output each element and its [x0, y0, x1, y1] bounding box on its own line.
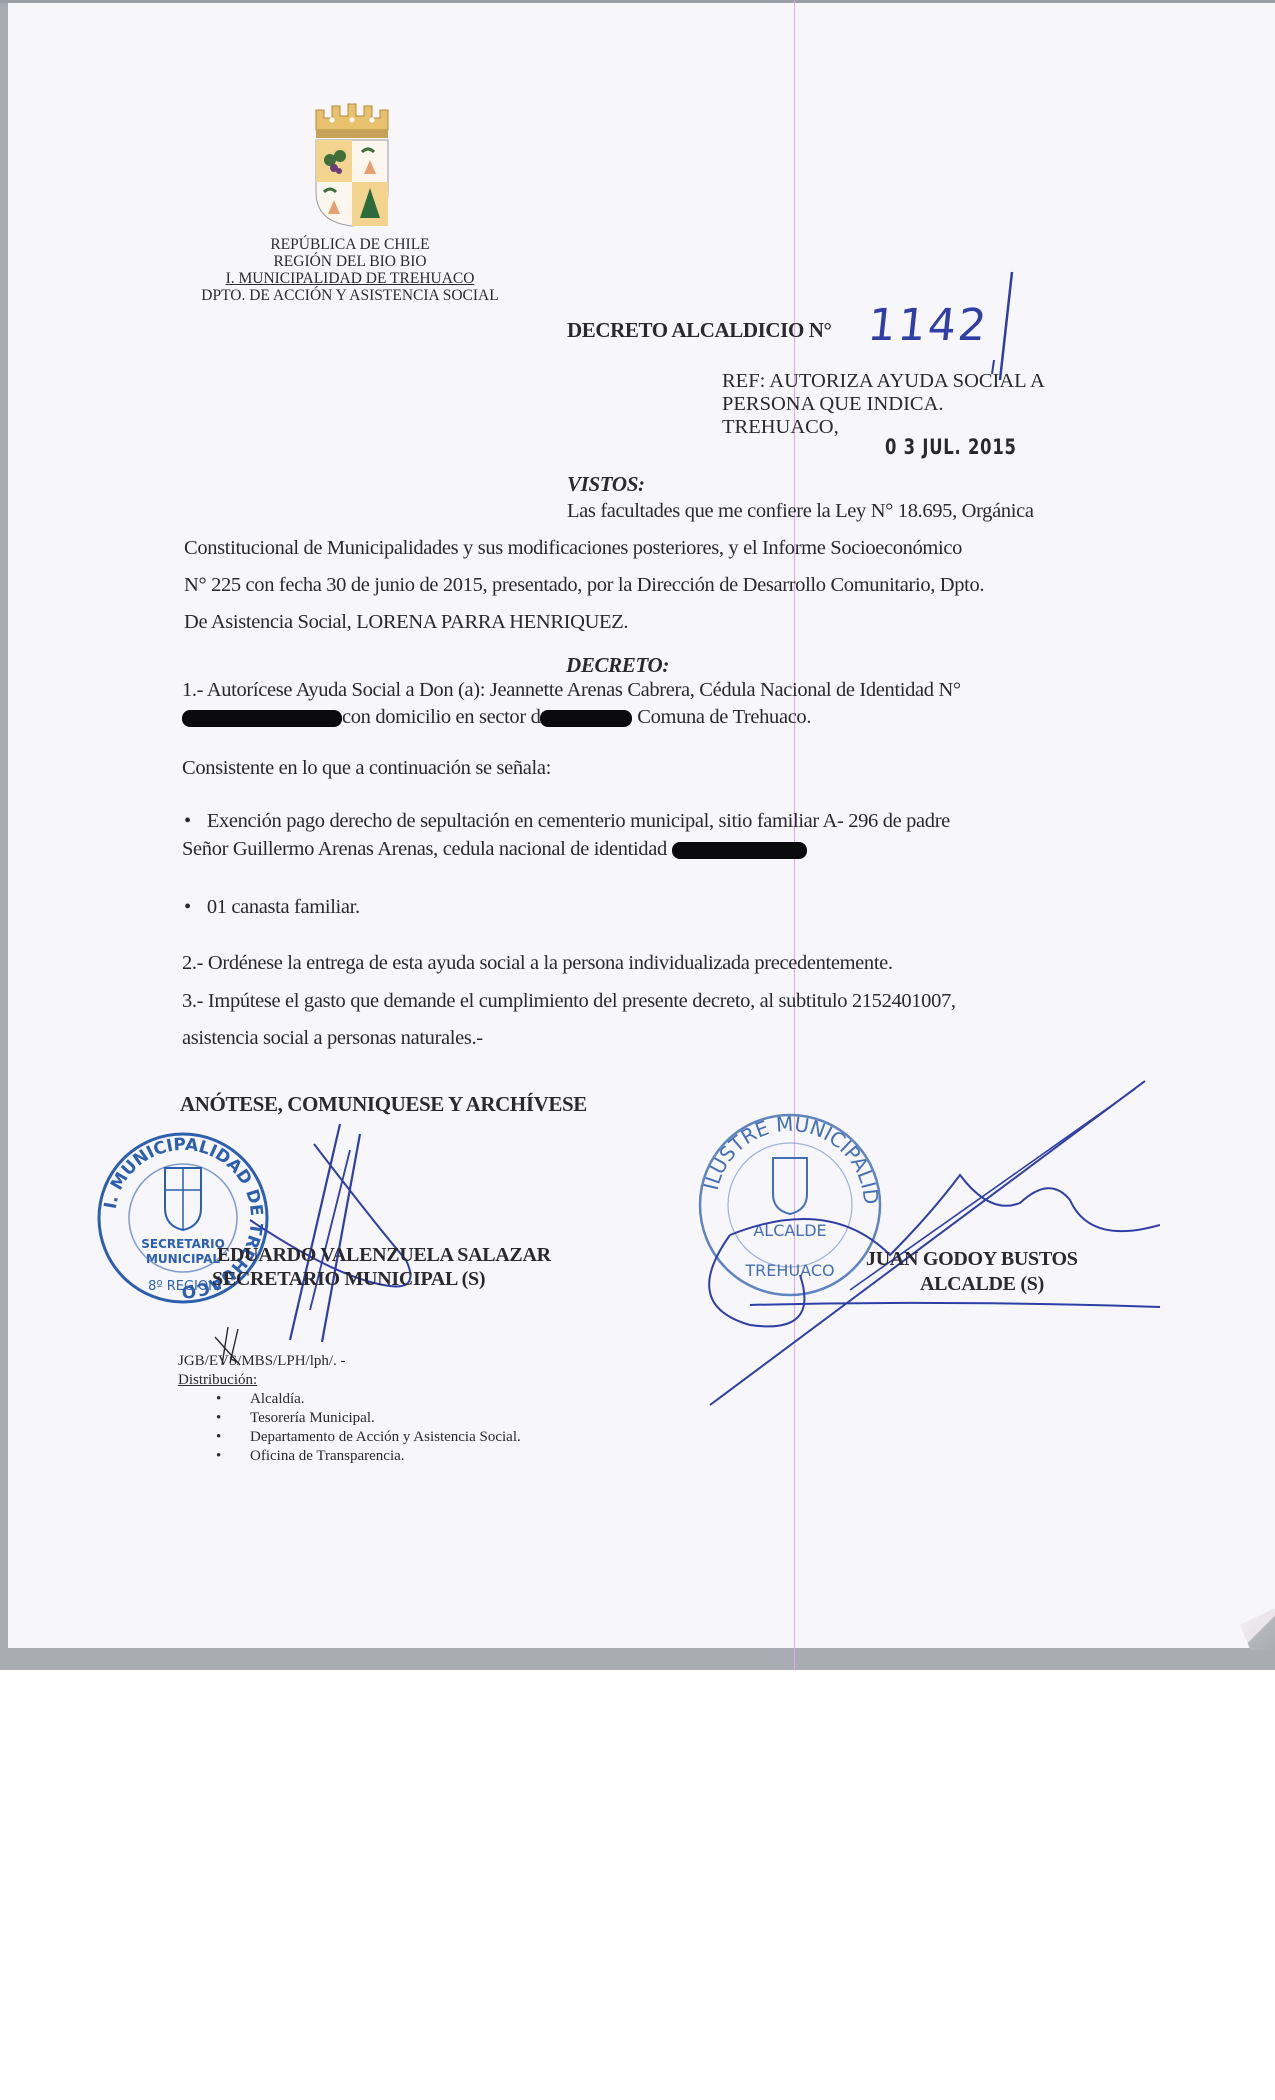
consistente-line: Consistente en lo que a continuación se … — [182, 757, 551, 780]
date-stamp: 0 3 JUL. 2015 — [885, 435, 1017, 459]
svg-text:MUNICIPAL: MUNICIPAL — [146, 1252, 220, 1266]
decreto-heading: DECRETO: — [566, 653, 669, 678]
secretary-signature — [230, 1110, 450, 1350]
vistos-line-1: Las facultades que me confiere la Ley N°… — [567, 500, 1034, 523]
letterhead-municipality: I. MUNICIPALIDAD DE TREHUACO — [170, 270, 530, 287]
decreto-item-3-line-2: asistencia social a personas naturales.- — [182, 1027, 483, 1050]
vistos-line-2: Constitucional de Municipalidades y sus … — [184, 537, 962, 560]
decree-number-handwritten: 1142 — [865, 300, 990, 351]
reference-block: REF: AUTORIZA AYUDA SOCIAL A PERSONA QUE… — [722, 370, 1045, 439]
reference-line-1: REF: AUTORIZA AYUDA SOCIAL A — [722, 370, 1045, 393]
decreto-item-3-line-1: 3.- Impútese el gasto que demande el cum… — [182, 990, 956, 1013]
reference-initials: JGB/EVS/MBS/LPH/lph/. - — [178, 1352, 521, 1371]
scan-edge-top — [0, 0, 1275, 3]
distribution-item: Oficina de Transparencia. — [250, 1447, 521, 1466]
distribution-label: Distribución: — [178, 1371, 521, 1390]
letterhead-region: REGIÓN DEL BIO BIO — [170, 253, 530, 270]
coat-of-arms-icon — [310, 100, 392, 228]
secretary-role: SECRETARIO MUNICIPAL (S) — [212, 1268, 485, 1291]
address-commune: Comuna de Trehuaco. — [637, 706, 811, 728]
redacted-id-number — [182, 710, 342, 727]
decree-title: DECRETO ALCALDICIO N° — [567, 318, 832, 343]
vistos-heading: VISTOS: — [567, 472, 645, 497]
svg-text:SECRETARIO: SECRETARIO — [141, 1237, 225, 1251]
decreto-item-1-line-1: 1.- Autorícese Ayuda Social a Don (a): J… — [182, 679, 961, 702]
letterhead-country: REPÚBLICA DE CHILE — [170, 236, 530, 253]
decreto-item-2: 2.- Ordénese la entrega de esta ayuda so… — [182, 952, 893, 975]
distribution-item: Departamento de Acción y Asistencia Soci… — [250, 1428, 521, 1447]
letterhead-department: DPTO. DE ACCIÓN Y ASISTENCIA SOCIAL — [170, 287, 530, 304]
mayor-role: ALCALDE (S) — [920, 1273, 1044, 1296]
vistos-line-3: N° 225 con fecha 30 de junio de 2015, pr… — [184, 574, 984, 597]
secretary-name: EDUARDO VALENZUELA SALAZAR — [217, 1244, 551, 1267]
distribution-footer: JGB/EVS/MBS/LPH/lph/. - Distribución: Al… — [178, 1352, 521, 1466]
svg-text:8º REGION: 8º REGION — [148, 1279, 218, 1294]
distribution-item: Alcaldía. — [250, 1390, 521, 1409]
scan-edge-bottom — [0, 1648, 1275, 1670]
address-prefix: con domicilio en sector d — [342, 706, 540, 728]
mayor-name: JUAN GODOY BUSTOS — [866, 1248, 1078, 1271]
scan-edge-left — [0, 0, 8, 1670]
redacted-sector — [540, 710, 632, 727]
reference-line-2: PERSONA QUE INDICA. — [722, 393, 1045, 416]
redacted-id-number — [672, 842, 807, 859]
distribution-item: Tesorería Municipal. — [250, 1409, 521, 1428]
decreto-item-1-line-2: con domicilio en sector d Comuna de Treh… — [182, 706, 811, 729]
benefit-item-2: 01 canasta familiar. — [184, 896, 360, 919]
benefit-item-1-text: Señor Guillermo Arenas Arenas, cedula na… — [182, 838, 667, 860]
benefit-item-1-line-1: Exención pago derecho de sepultación en … — [184, 810, 950, 833]
distribution-list: Alcaldía. Tesorería Municipal. Departame… — [178, 1390, 521, 1466]
vistos-line-4: De Asistencia Social, LORENA PARRA HENRI… — [184, 611, 628, 634]
benefit-item-1-line-2: Señor Guillermo Arenas Arenas, cedula na… — [182, 838, 807, 861]
letterhead: REPÚBLICA DE CHILE REGIÓN DEL BIO BIO I.… — [170, 236, 530, 304]
mayor-signature — [690, 1075, 1160, 1415]
fold-line — [794, 0, 795, 1670]
